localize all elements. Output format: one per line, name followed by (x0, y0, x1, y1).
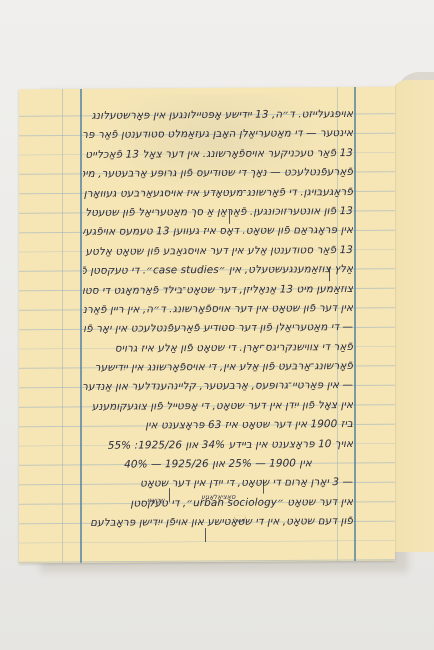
text-line-16: אין צאָל פֿון ייִדן אין דער שטאָט, די אָ… (83, 396, 353, 417)
text-line-11: אין דער פֿון שטאָט אין דער אויספֿאָרשונג… (83, 299, 353, 320)
left-margin-line-inner (80, 89, 82, 563)
left-margin-line-outer (62, 89, 63, 563)
folded-paper-flap (394, 80, 434, 552)
interlinear-annotation-1: שטאָט (147, 496, 164, 504)
pen-descender-stroke (205, 528, 206, 542)
interlinear-annotation-2: סאָציאָלאָגיע (201, 493, 235, 501)
text-line-4: פֿאַרעפֿנטלעכט — נאָך די שטודיעס פֿון גר… (83, 163, 353, 184)
text-line-6: 13 פֿון אונטערזוכונגען. פֿאַראַן אַ סך מ… (83, 202, 353, 223)
text-line-13: פֿאַר די צווישנקריגס־יאָרן. די שטאָט פֿו… (83, 338, 353, 359)
text-line-17: ביז 1900 אין דער שטאָט איז 63 פּראָצענט … (83, 415, 353, 436)
text-line-20: — 3 יאָרן אַרום די שטאָט, די ייִדן אין ד… (83, 473, 353, 494)
text-line-15: — אין פּאַרטיי־גרופּעס, אַרבעטער, קליינה… (83, 376, 353, 397)
text-line-7: אין פּראָגראַם פֿון שטאָט. דאָס איז געוו… (83, 221, 353, 242)
text-line-14: פֿאָרשונג־אַרבעט פֿון אַלע אין, די אויספ… (83, 357, 353, 378)
right-margin-line-outer (354, 87, 356, 561)
text-line-22: פֿון דעם שטאָט, אין די שטאָטישע און אויפ… (83, 512, 353, 533)
text-line-19: אין 1900 — 25% און 1925/26 — 40% (83, 454, 353, 475)
manuscript-page: אויפגעלייזט. ד״ה, 13 ייִדישע אָפּטיילונג… (19, 87, 395, 564)
text-line-12: — די מאַטעריאַלן פֿון דער סטודיע פֿאַרעפ… (83, 318, 353, 339)
text-line-10: צוזאַמען מיט 13 אַנאַליזן, דער שטאָט־ביל… (83, 279, 353, 300)
text-line-3: 13 פֿאַר טעכניקער אויספֿאָרשונג. אין דער… (83, 144, 353, 165)
pen-descender-stroke (329, 267, 330, 281)
pen-descender-stroke (229, 210, 230, 224)
pen-descender-stroke (263, 480, 264, 494)
handwritten-text-block: אויפגעלייזט. ד״ה, 13 ייִדישע אָפּטיילונג… (83, 105, 353, 533)
text-line-9: אַלץ צוזאַמענגעשטעלט, אין ״case studies״… (83, 260, 353, 281)
text-line-2: אינטער — די מאַטעריאַלן האָבן געזאַמלט ס… (83, 124, 353, 145)
pen-descender-stroke (169, 488, 170, 502)
text-line-1: אויפגעלייזט. ד״ה, 13 ייִדישע אָפּטיילונג… (83, 105, 353, 126)
text-line-8: 13 פֿאַר סטודענטן אַלע אין דער אויסגאַבע… (83, 241, 353, 262)
text-line-5: פֿראַגעבויגן. די פֿאָרשונג־מעטאָדע איז א… (83, 183, 353, 204)
text-line-18: אויך 10 פּראָצענט אין ביידע 34% און 1925… (83, 435, 353, 456)
